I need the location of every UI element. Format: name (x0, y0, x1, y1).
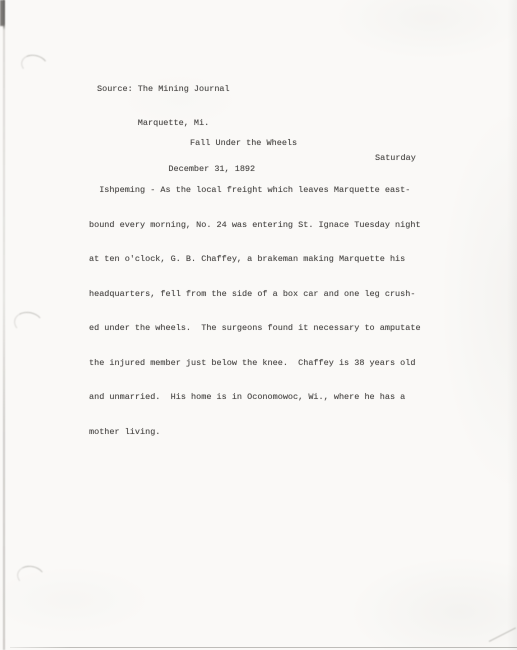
source-line-city: Marquette, Mi. (97, 118, 255, 130)
source-line-journal: Source: The Mining Journal (97, 84, 255, 96)
scanned-document-page: Source: The Mining Journal Marquette, Mi… (0, 0, 517, 650)
scan-left-edge-line (3, 0, 5, 650)
body-line: the injured member just below the knee. … (89, 358, 421, 370)
body-line: at ten o'clock, G. B. Chaffey, a brakema… (89, 254, 421, 266)
body-line: ed under the wheels. The surgeons found … (89, 323, 421, 335)
pencil-arc-mark-middle (12, 310, 44, 337)
body-line: headquarters, fell from the side of a bo… (89, 289, 421, 301)
body-line: Ishpeming - As the local freight which l… (89, 185, 421, 197)
body-line: and unmarried. His home is in Oconomowoc… (89, 392, 421, 404)
body-line: bound every morning, No. 24 was entering… (89, 220, 421, 232)
article-title: Fall Under the Wheels (190, 138, 297, 150)
article-body: Ishpeming - As the local freight which l… (89, 162, 421, 461)
body-line: mother living. (89, 427, 421, 439)
scan-right-edge-shade (507, 0, 517, 650)
pencil-arc-mark-bottom (15, 563, 47, 589)
scan-bottom-edge-line (10, 647, 517, 648)
pencil-arc-mark-top (19, 52, 50, 78)
